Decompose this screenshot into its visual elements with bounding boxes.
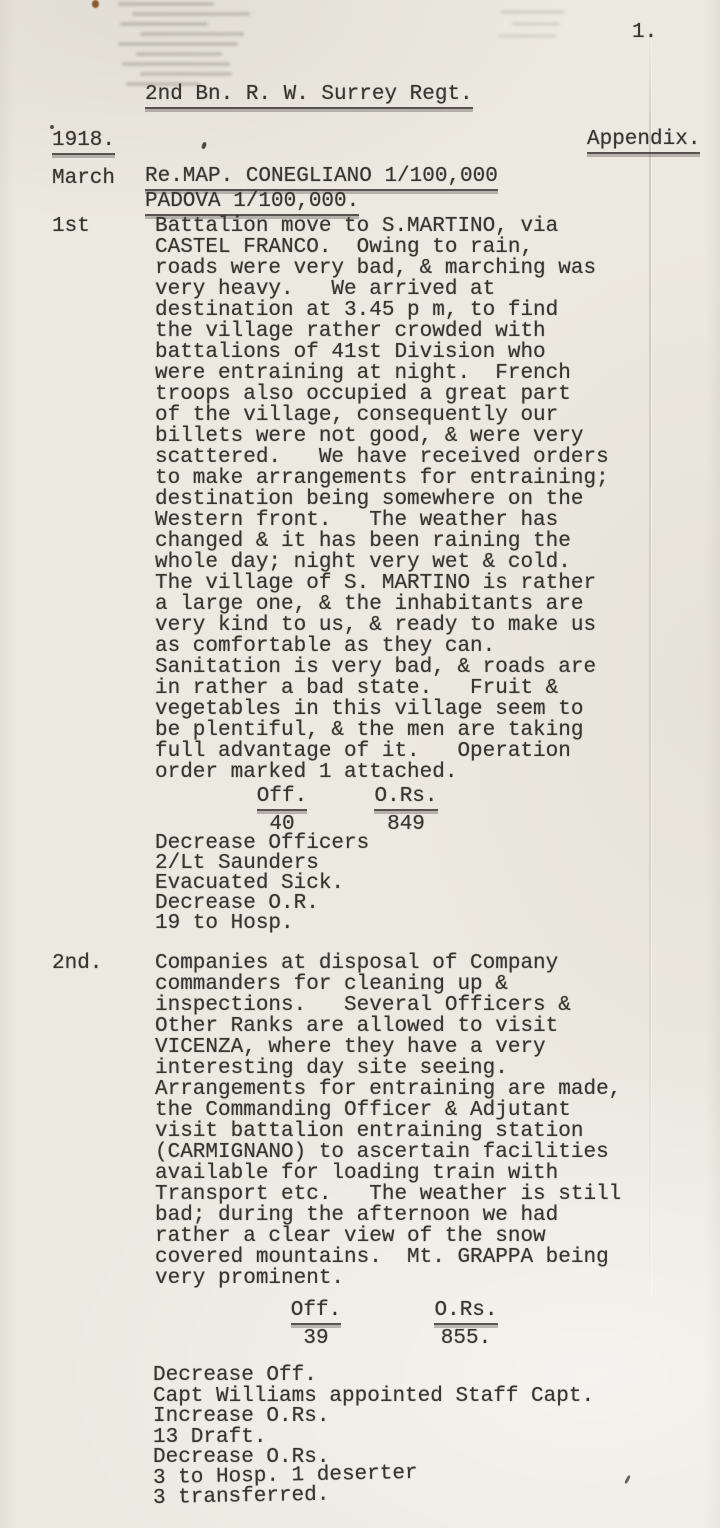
text-line: full advantage of it. Operation: [155, 741, 609, 762]
text-line: a large one, & the inhabitants are: [155, 594, 609, 615]
text-line: scattered. We have received orders: [155, 447, 609, 468]
text-line: battalions of 41st Division who: [155, 342, 609, 363]
scanned-diary-page: 1. 2nd Bn. R. W. Surrey Regt. 1918. Appe…: [0, 0, 720, 1528]
diary-entry-body: Companies at disposal of Companycommande…: [155, 953, 621, 1289]
text-line: whole day; night very wet & cold.: [155, 552, 609, 573]
strength-other-ranks-column: O.Rs. 849: [370, 786, 442, 835]
diary-entry-body: Battalion move to S.MARTINO, viaCASTEL F…: [155, 216, 609, 783]
officers-header: Off.: [291, 1300, 341, 1325]
text-line: Decrease Officers: [155, 834, 369, 854]
text-line: to make arrangements for entraining;: [155, 468, 609, 489]
text-line: available for loading train with: [155, 1163, 621, 1184]
text-line: destination at 3.45 p m, to find: [155, 300, 609, 321]
text-line: billets were not good, & were very: [155, 426, 609, 447]
officers-value: 39: [283, 1328, 349, 1349]
text-line: as comfortable as they can.: [155, 636, 609, 657]
document-title: 2nd Bn. R. W. Surrey Regt.: [145, 84, 473, 109]
other-ranks-value: 849: [370, 814, 442, 835]
strength-officers-column: Off. 40: [249, 786, 315, 835]
text-line: roads were very bad, & marching was: [155, 258, 609, 279]
text-line: Companies at disposal of Company: [155, 953, 621, 974]
text-line: The village of S. MARTINO is rather: [155, 573, 609, 594]
text-line: 2/Lt Saunders: [155, 854, 369, 874]
text-line: order marked 1 attached.: [155, 762, 609, 783]
text-line: in rather a bad state. Fruit &: [155, 678, 609, 699]
officers-header: Off.: [257, 786, 307, 811]
text-line: 3 transferred.: [153, 1481, 594, 1510]
day-label: 1st: [52, 216, 90, 237]
text-line: 13 Draft.: [153, 1428, 594, 1449]
text-line: be plentiful, & the men are taking: [155, 720, 609, 741]
text-line: Battalion move to S.MARTINO, via: [155, 216, 609, 237]
map-reference-line1: Re.MAP. CONEGLIANO 1/100,000: [145, 166, 498, 191]
text-line: the village rather crowded with: [155, 321, 609, 342]
text-line: very heavy. We arrived at: [155, 279, 609, 300]
casualty-notes: Decrease Off.Capt Williams appointed Sta…: [153, 1366, 594, 1510]
text-line: changed & it has been raining the: [155, 531, 609, 552]
text-line: CASTEL FRANCO. Owing to rain,: [155, 237, 609, 258]
text-line: Capt Williams appointed Staff Capt.: [153, 1387, 594, 1408]
paper-crease: [649, 36, 651, 1296]
text-line: Decrease O.R.: [155, 894, 369, 914]
other-ranks-value: 855.: [428, 1328, 504, 1349]
other-ranks-header: O.Rs.: [374, 786, 437, 811]
text-line: very prominent.: [155, 1268, 621, 1289]
text-line: destination being somewhere on the: [155, 489, 609, 510]
text-line: rather a clear view of the snow: [155, 1226, 621, 1247]
paper-speck: [201, 142, 207, 150]
text-line: Arrangements for entraining are made,: [155, 1079, 621, 1100]
text-line: very kind to us, & ready to make us: [155, 615, 609, 636]
map-reference-line2: PADOVA 1/100,000.: [145, 191, 359, 216]
text-line: bad; during the afternoon we had: [155, 1205, 621, 1226]
text-line: Other Ranks are allowed to visit: [155, 1016, 621, 1037]
text-line: covered mountains. Mt. GRAPPA being: [155, 1247, 621, 1268]
text-line: Evacuated Sick.: [155, 874, 369, 894]
year-label: 1918.: [52, 130, 115, 155]
text-line: Sanitation is very bad, & roads are: [155, 657, 609, 678]
text-line: Transport etc. The weather is still: [155, 1184, 621, 1205]
text-line: Increase O.Rs.: [153, 1407, 594, 1428]
text-line: commanders for cleaning up &: [155, 974, 621, 995]
casualty-notes: Decrease Officers2/Lt SaundersEvacuated …: [155, 834, 369, 934]
page-number: 1.: [632, 22, 657, 43]
paper-speck: [92, 0, 99, 8]
strength-officers-column: Off. 39: [283, 1300, 349, 1349]
other-ranks-header: O.Rs.: [434, 1300, 497, 1325]
month-label: March: [52, 168, 115, 189]
text-line: vegetables in this village seem to: [155, 699, 609, 720]
text-line: were entraining at night. French: [155, 363, 609, 384]
text-line: the Commanding Officer & Adjutant: [155, 1100, 621, 1121]
text-line: Western front. The weather has: [155, 510, 609, 531]
strength-other-ranks-column: O.Rs. 855.: [428, 1300, 504, 1349]
text-line: visit battalion entraining station: [155, 1121, 621, 1142]
paper-speck: [624, 1475, 631, 1484]
text-line: (CARMIGNANO) to ascertain facilities: [155, 1142, 621, 1163]
text-line: troops also occupied a great part: [155, 384, 609, 405]
appendix-label: Appendix.: [587, 129, 700, 154]
text-line: of the village, consequently our: [155, 405, 609, 426]
text-line: interesting day site seeing.: [155, 1058, 621, 1079]
text-line: inspections. Several Officers &: [155, 995, 621, 1016]
text-line: 19 to Hosp.: [155, 914, 369, 934]
text-line: VICENZA, where they have a very: [155, 1037, 621, 1058]
text-line: Decrease Off.: [153, 1366, 594, 1387]
day-label: 2nd.: [52, 953, 102, 974]
